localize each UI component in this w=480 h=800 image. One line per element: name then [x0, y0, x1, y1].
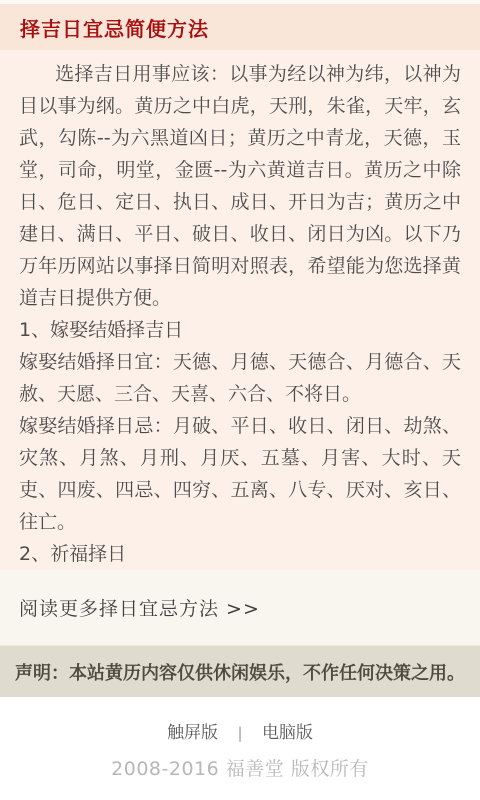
copyright-text: 2008-2016 福善堂 版权所有 [0, 754, 480, 781]
touch-version-link[interactable]: 触屏版 [167, 723, 218, 743]
version-separator: | [237, 724, 242, 742]
notice-bar: 声明：本站黄历内容仅供休闲娱乐，不作任何决策之用。 [0, 645, 480, 697]
page: 择吉日宜忌简便方法 选择吉日用事应该：以事为经以神为纬，以神为目以事为纲。黄历之… [0, 0, 480, 800]
article-heading-marriage: 1、嫁娶结婚择吉日 [19, 314, 461, 346]
article-paragraph-marriage-good: 嫁娶结婚择日宜：天德、月德、天德合、月德合、天赦、天愿、三合、天喜、六合、不将日… [19, 346, 461, 410]
pc-version-link[interactable]: 电脑版 [262, 723, 313, 743]
read-more-section: 阅读更多择日宜忌方法 >> [0, 570, 480, 645]
read-more-link[interactable]: 阅读更多择日宜忌方法 >> [19, 594, 260, 621]
notice-text: 声明：本站黄历内容仅供休闲娱乐，不作任何决策之用。 [15, 659, 465, 685]
article-paragraph-marriage-bad: 嫁娶结婚择日忌：月破、平日、收日、闭日、劫煞、灾煞、月煞、月刑、月厌、五墓、月害… [19, 410, 461, 538]
page-header: 择吉日宜忌简便方法 [0, 4, 480, 50]
article-paragraph-intro: 选择吉日用事应该：以事为经以神为纬，以神为目以事为纲。黄历之中白虎，天刑，朱雀，… [19, 58, 461, 314]
article-heading-blessing: 2、祈福择日 [19, 538, 461, 570]
article-body: 选择吉日用事应该：以事为经以神为纬，以神为目以事为纲。黄历之中白虎，天刑，朱雀，… [0, 50, 480, 570]
footer-links: 触屏版 | 电脑版 [0, 718, 480, 743]
page-footer: 触屏版 | 电脑版 2008-2016 福善堂 版权所有 [0, 697, 480, 800]
page-title: 择吉日宜忌简便方法 [20, 13, 209, 42]
